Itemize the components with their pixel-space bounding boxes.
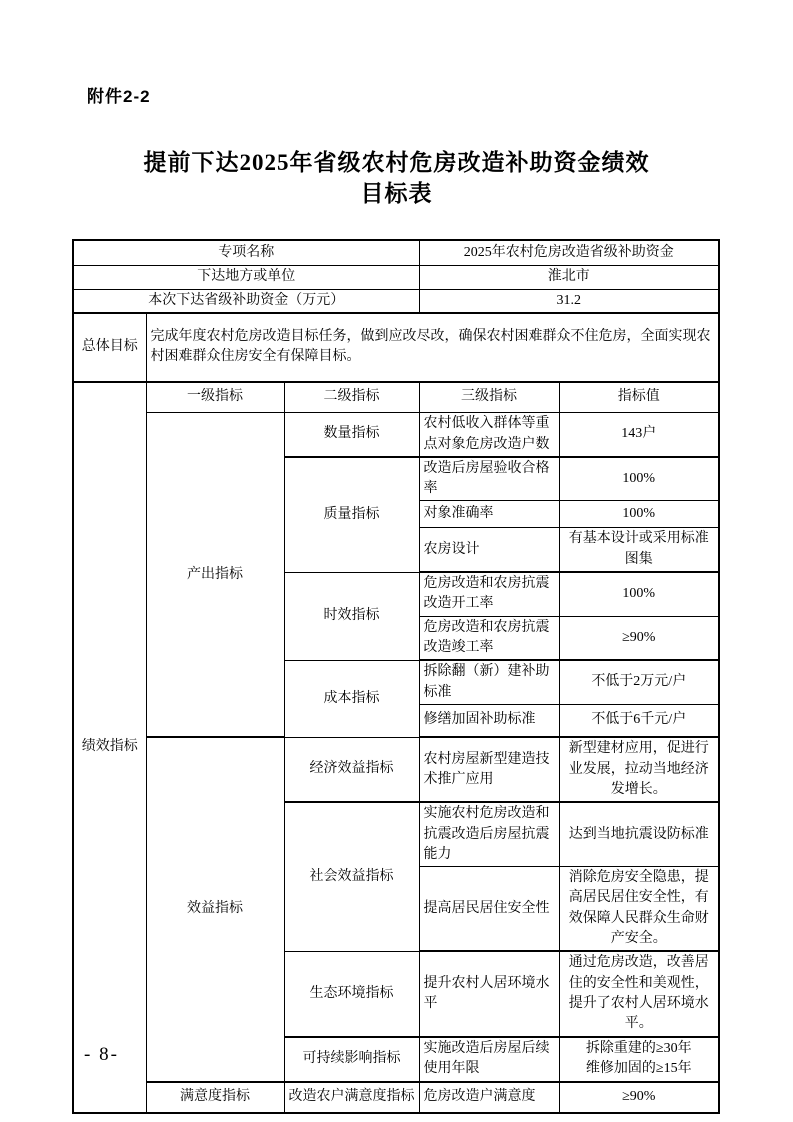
value-cell: 拆除重建的≥30年 维修加固的≥15年 xyxy=(559,1037,719,1082)
value-cell: ≥90% xyxy=(559,616,719,660)
performance-target-table: 专项名称 2025年农村危房改造省级补助资金 下达地方或单位 淮北市 本次下达省… xyxy=(72,239,720,1114)
header-level3: 三级指标 xyxy=(419,382,559,413)
level3-cell: 农房设计 xyxy=(419,528,559,572)
value-cell: 消除危房安全隐患，提高居民居住安全性，有效保障人民群众生命财产安全。 xyxy=(559,867,719,952)
info-value-fund-amount: 31.2 xyxy=(419,289,719,313)
level1-satisfaction: 满意度指标 xyxy=(146,1082,284,1113)
level2-ecology: 生态环境指标 xyxy=(284,951,419,1036)
level1-benefit: 效益指标 xyxy=(146,737,284,1081)
level3-cell: 危房改造和农房抗震改造竣工率 xyxy=(419,616,559,660)
value-cell: 100% xyxy=(559,572,719,616)
level2-quality: 质量指标 xyxy=(284,457,419,572)
level2-quantity: 数量指标 xyxy=(284,413,419,457)
document-title-line2: 目标表 xyxy=(0,178,793,209)
value-cell: 100% xyxy=(559,501,719,528)
level2-sustainability: 可持续影响指标 xyxy=(284,1037,419,1082)
value-cell: 不低于2万元/户 xyxy=(559,660,719,704)
value-cell: 不低于6千元/户 xyxy=(559,704,719,737)
level2-timeliness: 时效指标 xyxy=(284,572,419,660)
level2-economic: 经济效益指标 xyxy=(284,737,419,802)
value-cell: ≥90% xyxy=(559,1082,719,1113)
value-cell: 143户 xyxy=(559,413,719,457)
level1-output: 产出指标 xyxy=(146,413,284,738)
info-row-project-name: 专项名称 2025年农村危房改造省级补助资金 xyxy=(73,240,719,265)
document-title: 提前下达2025年省级农村危房改造补助资金绩效 目标表 xyxy=(0,147,793,209)
level3-cell: 拆除翻（新）建补助标准 xyxy=(419,660,559,704)
indicator-row: 效益指标 经济效益指标 农村房屋新型建造技术推广应用 新型建材应用，促进行业发展… xyxy=(73,737,719,802)
level2-social: 社会效益指标 xyxy=(284,802,419,951)
document-title-line1: 提前下达2025年省级农村危房改造补助资金绩效 xyxy=(0,147,793,178)
info-value-region: 淮北市 xyxy=(419,265,719,289)
page-number: - 8- xyxy=(84,1044,119,1066)
level3-cell: 实施改造后房屋后续使用年限 xyxy=(419,1037,559,1082)
overall-goal-row: 总体目标 完成年度农村危房改造目标任务，做到应改尽改，确保农村困难群众不住危房，… xyxy=(73,313,719,382)
attachment-label: 附件2-2 xyxy=(87,82,151,107)
value-cell: 100% xyxy=(559,457,719,501)
info-row-fund-amount: 本次下达省级补助资金（万元） 31.2 xyxy=(73,289,719,313)
indicator-row: 产出指标 数量指标 农村低收入群体等重点对象危房改造户数 143户 xyxy=(73,413,719,457)
level2-satisfaction: 改造农户满意度指标 xyxy=(284,1082,419,1113)
value-cell: 通过危房改造，改善居住的安全性和美观性，提升了农村人居环境水平。 xyxy=(559,951,719,1036)
info-label-region: 下达地方或单位 xyxy=(73,265,419,289)
header-value: 指标值 xyxy=(559,382,719,413)
level3-cell: 实施农村危房改造和抗震改造后房屋抗震能力 xyxy=(419,802,559,866)
value-cell: 有基本设计或采用标准图集 xyxy=(559,528,719,572)
value-cell: 新型建材应用，促进行业发展，拉动当地经济发增长。 xyxy=(559,737,719,802)
info-row-region: 下达地方或单位 淮北市 xyxy=(73,265,719,289)
level3-cell: 农村低收入群体等重点对象危房改造户数 xyxy=(419,413,559,457)
value-cell: 达到当地抗震设防标准 xyxy=(559,802,719,866)
document-page: 附件2-2 提前下达2025年省级农村危房改造补助资金绩效 目标表 专项名称 2… xyxy=(0,0,793,1122)
info-value-project-name: 2025年农村危房改造省级补助资金 xyxy=(419,240,719,265)
info-label-project-name: 专项名称 xyxy=(73,240,419,265)
level3-cell: 提高居民居住安全性 xyxy=(419,867,559,952)
level2-cost: 成本指标 xyxy=(284,660,419,737)
info-label-fund-amount: 本次下达省级补助资金（万元） xyxy=(73,289,419,313)
indicator-header-row: 绩效指标 一级指标 二级指标 三级指标 指标值 xyxy=(73,382,719,413)
indicator-row: 满意度指标 改造农户满意度指标 危房改造户满意度 ≥90% xyxy=(73,1082,719,1113)
overall-goal-text: 完成年度农村危房改造目标任务，做到应改尽改，确保农村困难群众不住危房，全面实现农… xyxy=(146,313,719,382)
level3-cell: 危房改造户满意度 xyxy=(419,1082,559,1113)
level3-cell: 修缮加固补助标准 xyxy=(419,704,559,737)
header-level2: 二级指标 xyxy=(284,382,419,413)
level3-cell: 对象准确率 xyxy=(419,501,559,528)
level3-cell: 提升农村人居环境水平 xyxy=(419,951,559,1036)
header-level1: 一级指标 xyxy=(146,382,284,413)
level3-cell: 农村房屋新型建造技术推广应用 xyxy=(419,737,559,802)
overall-goal-label: 总体目标 xyxy=(73,313,146,382)
performance-section-label: 绩效指标 xyxy=(73,382,146,1113)
level3-cell: 改造后房屋验收合格率 xyxy=(419,457,559,501)
level3-cell: 危房改造和农房抗震改造开工率 xyxy=(419,572,559,616)
